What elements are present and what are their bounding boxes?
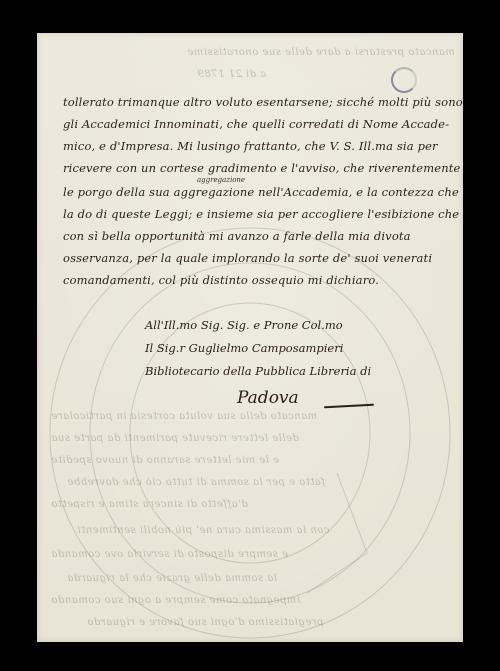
- bleed-through-line: fatto e per la somma di tutto ciò che do…: [67, 477, 325, 488]
- bleed-through-line: e le mie lettere saranno di nuovo spedit…: [51, 455, 279, 466]
- letter-line: comandamenti, col più distinto ossequio …: [63, 273, 379, 287]
- interlinear-insertion: aggregazione: [197, 176, 245, 184]
- address-line: All'Ill.mo Sig. Sig. e Prone Col.mo: [145, 318, 343, 332]
- bleed-through-line: impegnato come sempre a ogni suo comando: [51, 595, 300, 606]
- library-stamp-icon: [391, 67, 417, 93]
- letter-line: la do di queste Leggi; e insieme sia per…: [63, 207, 459, 221]
- letter-line: tollerato trimanque altro voluto esentar…: [63, 95, 463, 109]
- letter-line: con sì bella opportunità mi avanzo a far…: [63, 229, 411, 243]
- letter-line: gli Accademici Innominati, che quelli co…: [63, 117, 449, 131]
- letter-line: osservanza, per la quale implorando la s…: [63, 251, 432, 265]
- address-line: Il Sig.r Guglielmo Camposampieri: [145, 341, 343, 355]
- letter-line: mico, e d'Impresa. Mi lusingo frattanto,…: [63, 139, 438, 153]
- bleed-through-line: d'affetto di sincera stima e rispetto: [51, 499, 248, 510]
- address-line: Bibliotecario della Pubblica Libreria di: [145, 364, 371, 378]
- city-name: Padova: [237, 388, 299, 408]
- bleed-through-line: a dì 21 1789: [197, 69, 266, 80]
- bleed-through-line: con la massima cura ne' più nobili senti…: [77, 525, 329, 536]
- underline-flourish: [324, 404, 374, 409]
- bleed-through-line: pregiatissimo d'ogni suo favore e riguar…: [87, 617, 323, 628]
- bleed-through-line: e sempre disposto di servirla ove comand…: [51, 549, 288, 560]
- bleed-through-line: delle lettere ricevute parimenti da part…: [51, 433, 299, 444]
- manuscript-page: mancato prestarsi a dare delle sue onora…: [37, 33, 463, 642]
- bleed-through-line: la somma delle grazie che la riguarda: [67, 573, 277, 584]
- bleed-through-line: mancato prestarsi a dare delle sue onora…: [187, 47, 455, 58]
- letter-line: le porgo della sua aggregazione nell'Acc…: [63, 185, 459, 199]
- letter-line: ricevere con un cortese gradimento e l'a…: [63, 161, 460, 175]
- bleed-through-line: mancato della sua voluta cortesia in par…: [51, 411, 317, 422]
